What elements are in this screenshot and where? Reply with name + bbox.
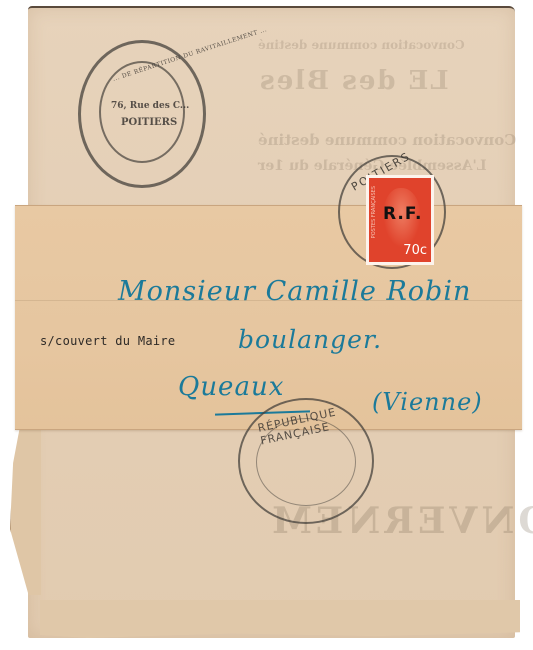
- ghost-print-line1: Convocation commune destiné: [258, 131, 516, 149]
- address-line-occupation: boulanger.: [238, 325, 382, 354]
- ghost-print-top: Convocation commune destiné: [258, 38, 465, 52]
- torn-left-flap: [10, 430, 41, 595]
- address-line-department: (Vienne): [372, 388, 483, 416]
- address-line-name: Monsieur Camille Robin: [118, 276, 471, 307]
- sender-cachet: ... DE RÉPARTITION DU RAVITAILLEMENT ...…: [78, 40, 206, 188]
- torn-bottom-edge: [40, 600, 520, 638]
- stamp-side-text: POSTES FRANÇAISES: [371, 186, 377, 238]
- typed-note: s/couvert du Maire: [40, 334, 175, 348]
- stamp-value: 70c: [403, 243, 427, 258]
- address-line-town: Queaux: [178, 372, 284, 402]
- stamp-face: POSTES FRANÇAISES R.F. 70c: [369, 178, 431, 262]
- stamp-overprint: R.F.: [383, 204, 422, 224]
- postage-stamp: POSTES FRANÇAISES R.F. 70c: [366, 175, 434, 265]
- ghost-print-headline: LE des Bles: [258, 66, 449, 96]
- republic-cachet: RÉPUBLIQUE FRANÇAISE: [238, 398, 374, 524]
- sender-cachet-city: POITIERS: [121, 117, 177, 128]
- sender-cachet-address: 76, Rue des C...: [111, 101, 189, 111]
